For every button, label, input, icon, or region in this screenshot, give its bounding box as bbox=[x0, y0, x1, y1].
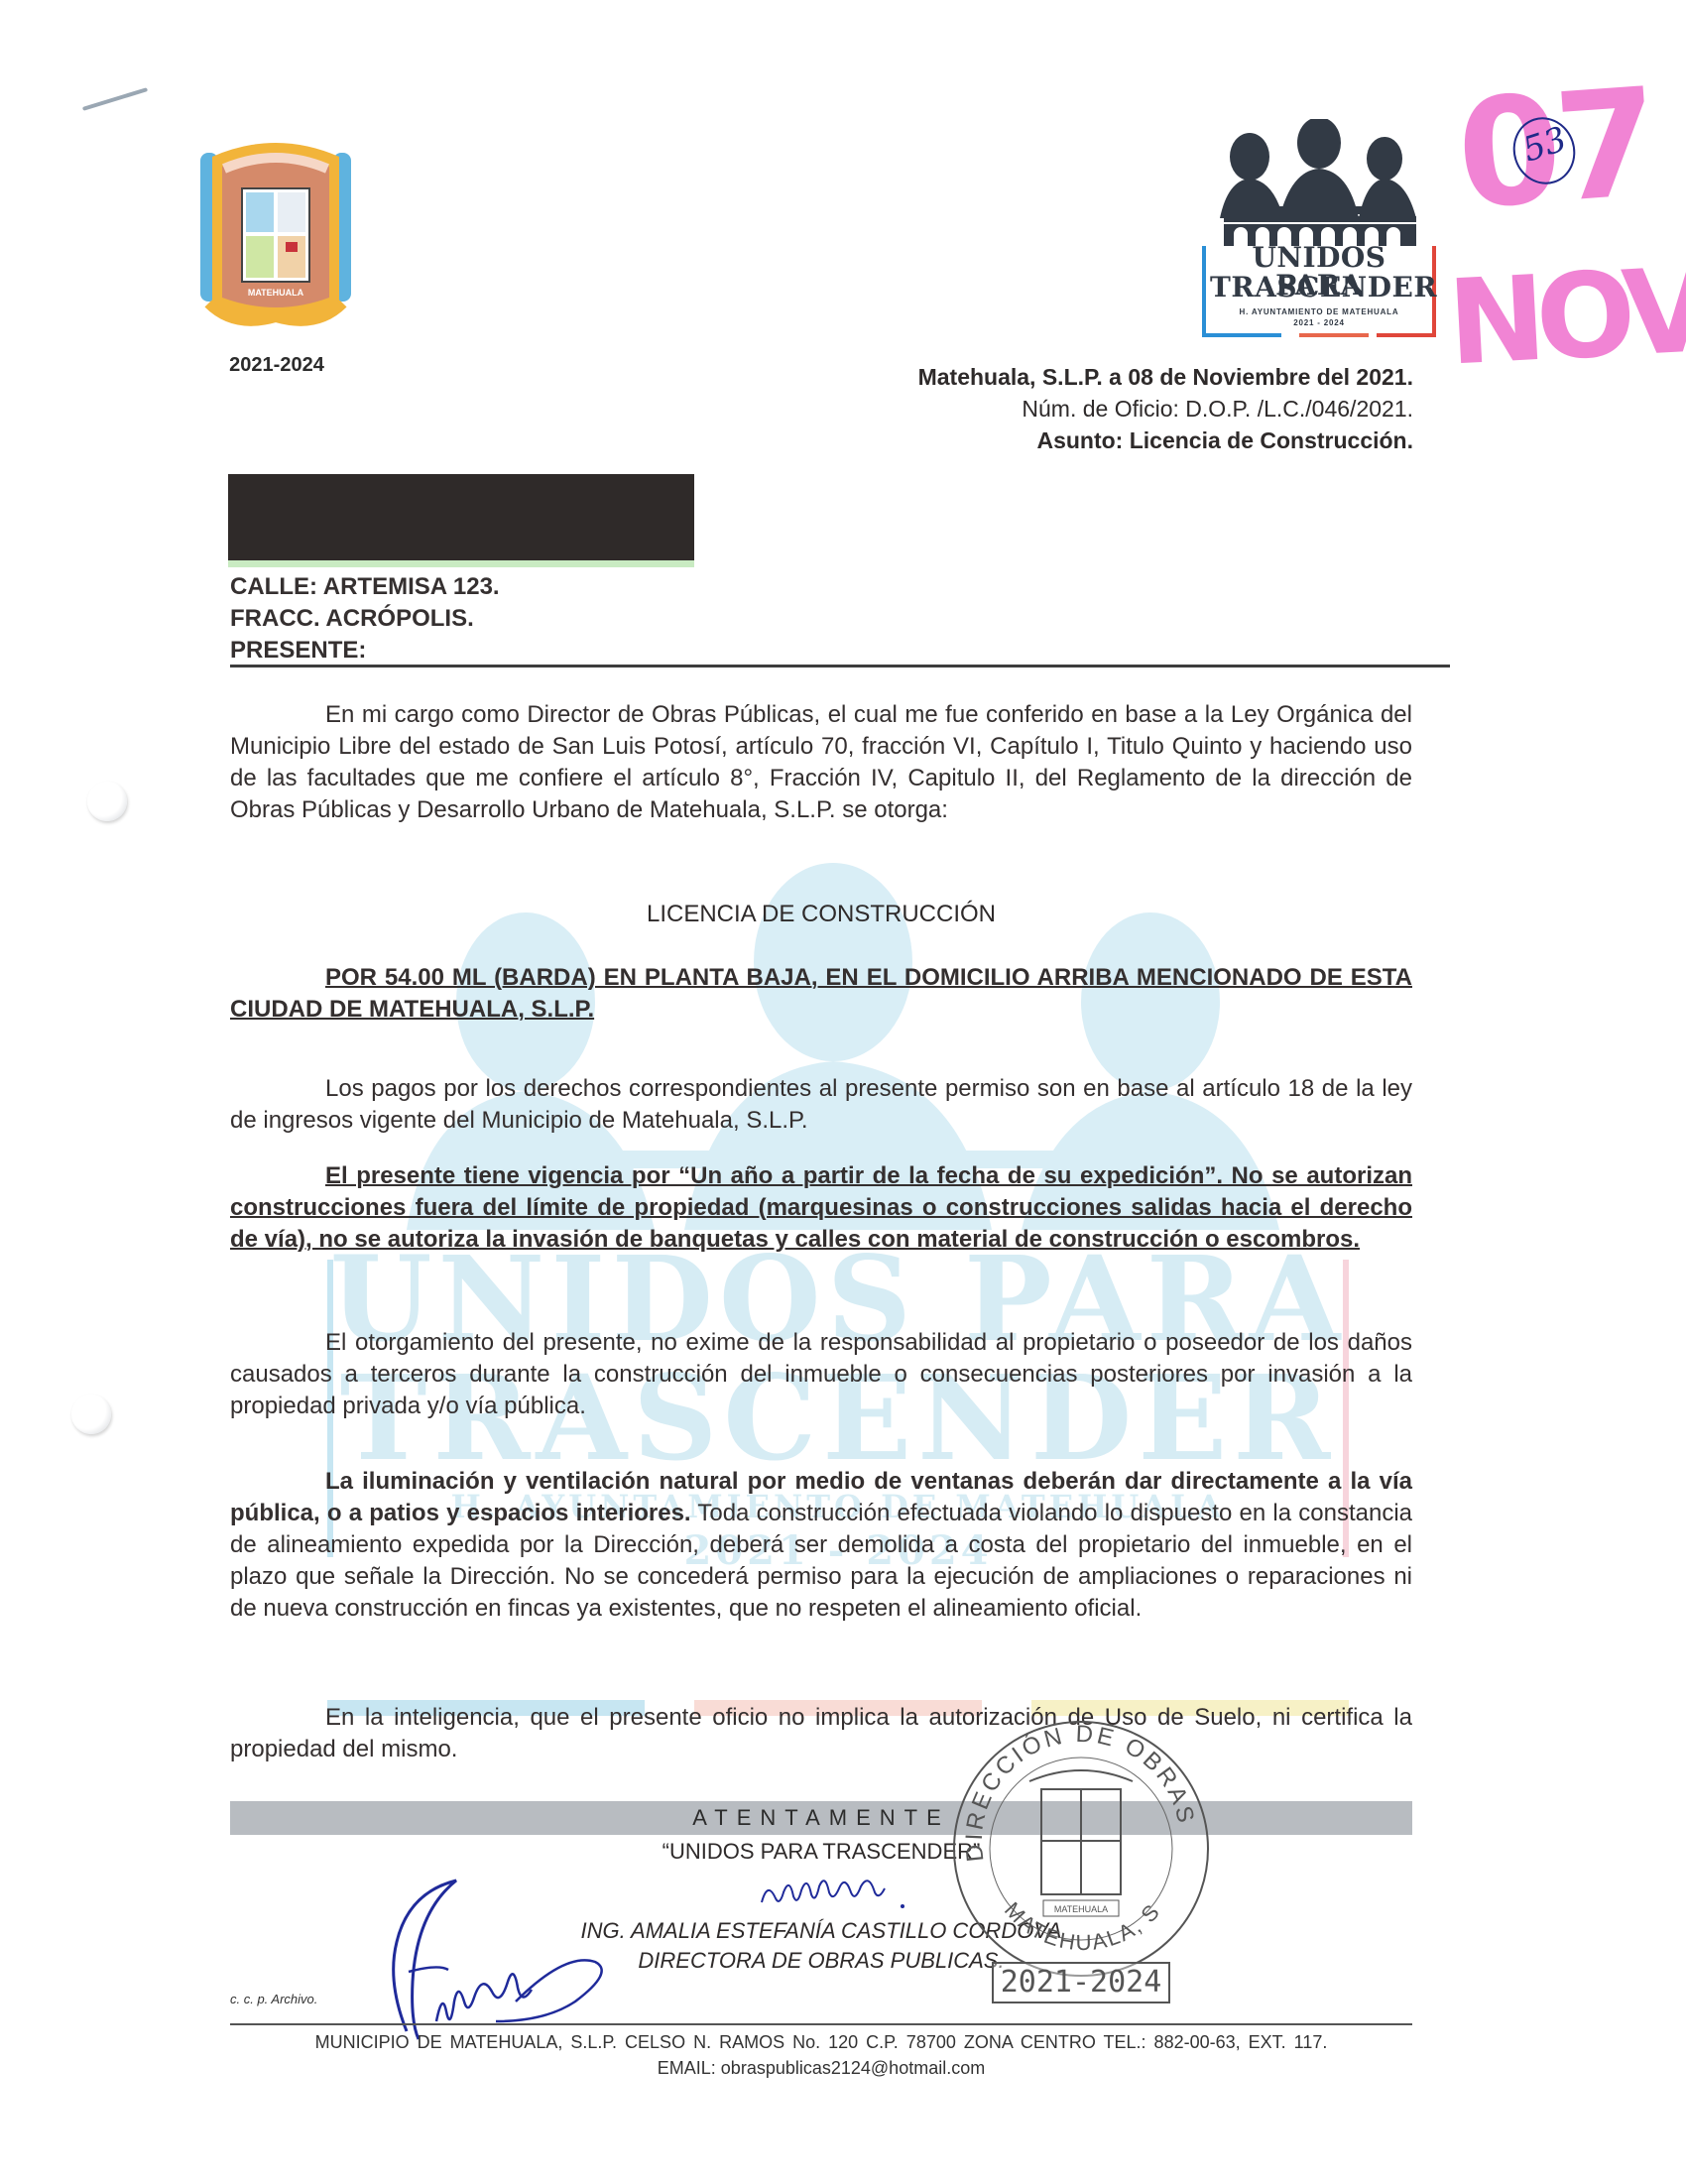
validity-paragraph: El presente tiene vigencia por “Un año a… bbox=[230, 1160, 1412, 1256]
carbon-copy: c. c. p. Archivo. bbox=[230, 1992, 317, 2006]
ventilation-paragraph: La iluminación y ventilación natural por… bbox=[230, 1466, 1412, 1625]
land-use-paragraph: En la inteligencia, que el presente ofic… bbox=[230, 1702, 1412, 1765]
pencil-mark bbox=[82, 87, 148, 111]
footer-email: EMAIL: obraspublicas2124@hotmail.com bbox=[230, 2055, 1412, 2081]
municipal-crest-icon: MATEHUALA bbox=[194, 135, 357, 329]
footer-address: MUNICIPIO DE MATEHUALA, S.L.P. CELSO N. … bbox=[230, 2029, 1412, 2055]
logo-title-line2: TRASCENDER bbox=[1210, 274, 1428, 302]
unidos-para-trascender-logo: UNIDOS PARA TRASCENDER H. AYUNTAMIENTO D… bbox=[1200, 119, 1438, 353]
logo-subtitle: H. AYUNTAMIENTO DE MATEHUALA bbox=[1210, 307, 1428, 316]
document-date: Matehuala, S.L.P. a 08 de Noviembre del … bbox=[918, 361, 1413, 393]
liability-paragraph: El otorgamiento del presente, no exime d… bbox=[230, 1327, 1412, 1422]
punch-hole-icon bbox=[87, 782, 127, 821]
closing-text: ATENTAMENTE bbox=[230, 1801, 1412, 1835]
intro-paragraph: En mi cargo como Director de Obras Públi… bbox=[230, 699, 1412, 826]
handwritten-signature-icon bbox=[347, 1873, 625, 2041]
header-divider bbox=[230, 665, 1450, 667]
handwritten-circle bbox=[1505, 109, 1584, 192]
payments-paragraph: Los pagos por los derechos correspondien… bbox=[230, 1073, 1412, 1137]
oficio-number: Núm. de Oficio: D.O.P. /L.C./046/2021. bbox=[1022, 393, 1413, 425]
received-day: 07 bbox=[1452, 57, 1658, 242]
recipient-salutation: PRESENTE: bbox=[230, 635, 366, 667]
recipient-subdivision: FRACC. ACRÓPOLIS. bbox=[230, 603, 474, 635]
license-detail: POR 54.00 ML (BARDA) EN PLANTA BAJA, EN … bbox=[230, 962, 1412, 1026]
footer-divider bbox=[230, 2023, 1412, 2025]
recipient-street: CALLE: ARTEMISA 123. bbox=[230, 571, 500, 603]
document-subject: Asunto: Licencia de Construcción. bbox=[1036, 425, 1413, 456]
received-date-stamp: 07 NOV 53 bbox=[1448, 81, 1676, 369]
received-month: NOV bbox=[1445, 241, 1686, 391]
crest-term: 2021-2024 bbox=[202, 354, 351, 377]
handwritten-number: 53 bbox=[1518, 119, 1572, 170]
closing-motto: “UNIDOS PARA TRASCENDER” bbox=[230, 1837, 1412, 1867]
svg-text:MATEHUALA: MATEHUALA bbox=[1054, 1904, 1108, 1914]
stamp-term-box: 2021-2024 bbox=[992, 1962, 1170, 2003]
logo-term: 2021 - 2024 bbox=[1210, 318, 1428, 327]
official-stamp-icon: DIRECCIÓN DE OBRAS PÚBLICAS MATEHUALA, S… bbox=[944, 1712, 1218, 1986]
initials-signature-icon bbox=[754, 1865, 932, 1914]
license-title: LICENCIA DE CONSTRUCCIÓN bbox=[230, 899, 1412, 930]
redacted-recipient-name bbox=[228, 474, 694, 565]
svg-text:MATEHUALA: MATEHUALA bbox=[248, 288, 304, 298]
punch-hole-icon bbox=[71, 1395, 111, 1434]
